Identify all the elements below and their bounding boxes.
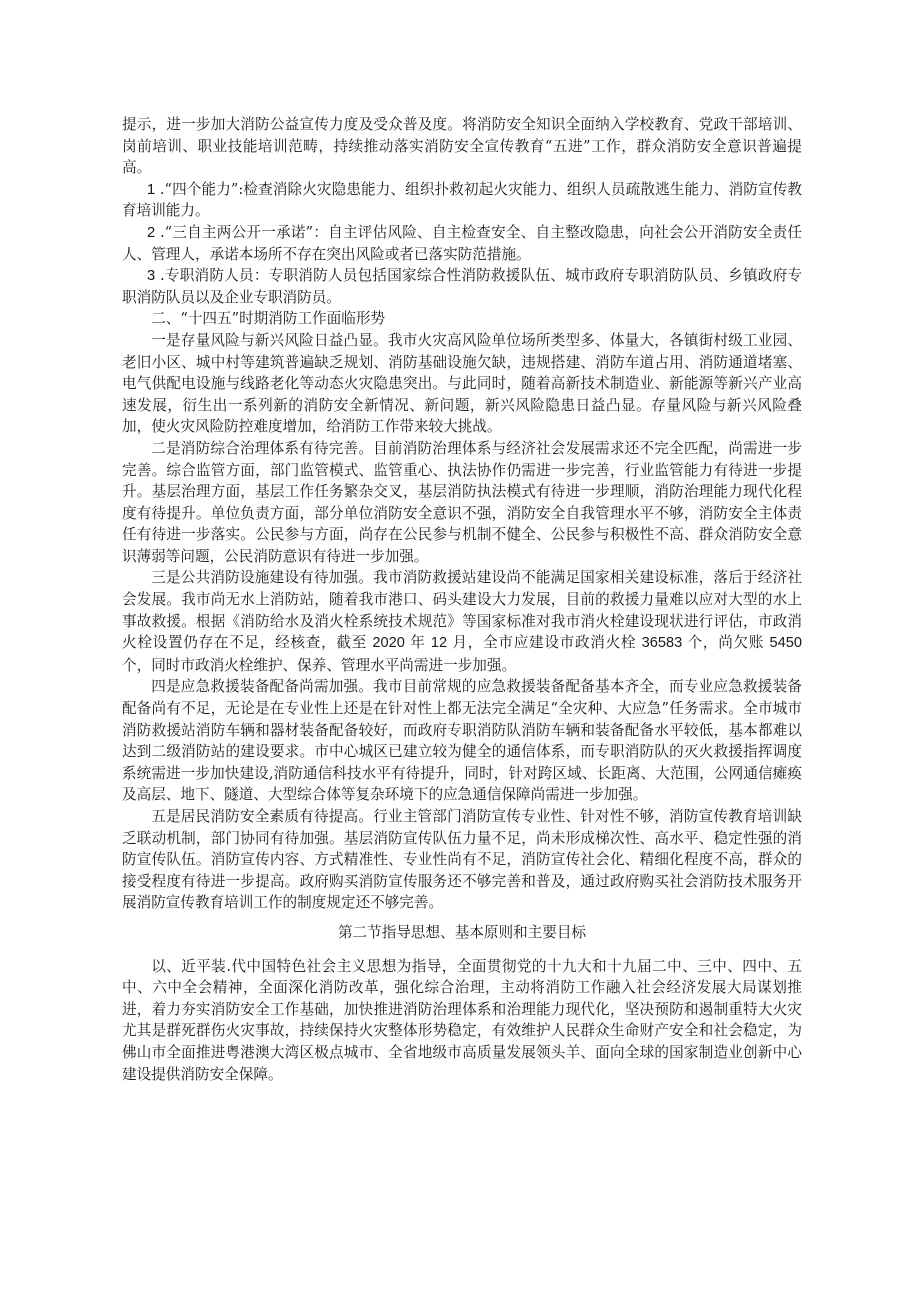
note-item-3: 3 .专职消防人员：专职消防人员包括国家综合性消防救援队伍、城市政府专职消防队员… (122, 265, 802, 308)
equipment-paragraph: 四是应急救援装备配备尚需加强。我市目前常规的应急救援装备配备基本齐全，而专业应急… (122, 676, 802, 806)
situation-paragraph-2: 二是消防综合治理体系有待完善。目前消防治理体系与经济社会发展需求还不完全匹配，尚… (122, 438, 802, 568)
guiding-paragraph: 以、近平装.代中国特色社会主义思想为指导，全面贯彻党的十九大和十九届二中、三中、… (122, 956, 802, 1086)
note-number: 3 (147, 267, 155, 284)
awareness-paragraph: 五是居民消防安全素质有待提高。行业主管部门消防宣传专业性、针对性不够，消防宣传教… (122, 806, 802, 914)
note-number: 1 (147, 181, 155, 198)
note-text: .“三自主两公开一承诺”：自主评估风险、自主检查安全、自主整改隐患，向社会公开消… (122, 224, 802, 263)
total-hydrants-value: 36583 (642, 635, 683, 651)
facility-text: 月，全市应建设市政消火栓 (452, 634, 636, 651)
shortfall-value: 5450 (770, 635, 802, 651)
intro-paragraph: 提示，进一步加大消防公益宣传力度及受众普及度。将消防安全知识全面纳入学校教育、党… (122, 114, 802, 179)
month-value: 12 (431, 635, 447, 651)
facility-paragraph: 三是公共消防设施建设有待加强。我市消防救援站建设尚不能满足国家相关建设标准，落后… (122, 567, 802, 676)
heading-situation: 二、“十四五”时期消防工作面临形势 (122, 308, 802, 330)
situation-paragraph-1: 一是存量风险与新兴风险日益凸显。我市火灾高风险单位场所类型多、体量大，各镇街村级… (122, 330, 802, 438)
note-item-1: 1 .“四个能力”:检查消除火灾隐患能力、组织扑救初起火灾能力、组织人员疏散逃生… (122, 179, 802, 222)
year-value: 2020 (372, 635, 404, 651)
note-text: .“四个能力”:检查消除火灾隐患能力、组织扑救初起火灾能力、组织人员疏散逃生能力… (122, 181, 802, 220)
facility-text: 年 (410, 634, 425, 651)
facility-text: 个，同时市政消火栓维护、保养、管理水平尚需进一步加强。 (122, 657, 516, 674)
section-title: 第二节指导思想、基本原则和主要目标 (122, 922, 802, 944)
document-page: 提示，进一步加大消防公益宣传力度及受众普及度。将消防安全知识全面纳入学校教育、党… (122, 114, 802, 1085)
note-item-2: 2 .“三自主两公开一承诺”：自主评估风险、自主检查安全、自主整改隐患，向社会公… (122, 222, 802, 265)
note-number: 2 (147, 224, 155, 241)
note-text: .专职消防人员：专职消防人员包括国家综合性消防救援队伍、城市政府专职消防队员、乡… (122, 267, 802, 306)
facility-text: 个，尚欠账 (688, 634, 765, 651)
